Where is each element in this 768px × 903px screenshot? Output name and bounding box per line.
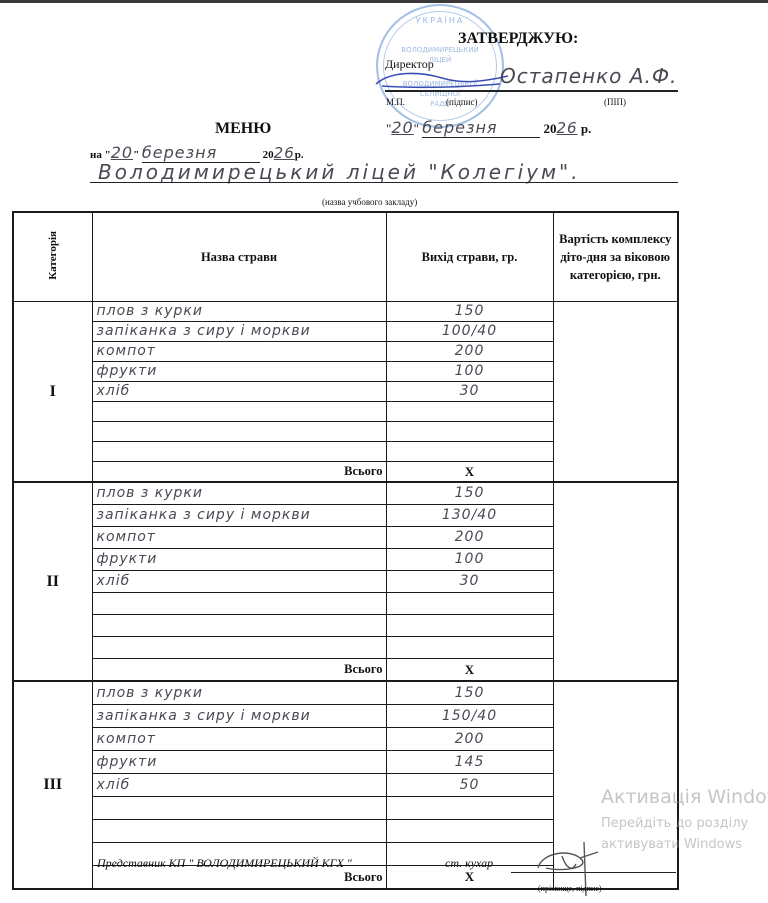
dish-name-cell <box>92 637 386 659</box>
school-name-line <box>90 182 678 183</box>
dish-output-cell: 200 <box>386 728 553 751</box>
dish-name-cell <box>92 422 386 442</box>
dish-name-cell: хліб <box>92 382 386 402</box>
dish-output-cell <box>386 820 553 843</box>
dish-output-cell: 50 <box>386 774 553 797</box>
dish-name-cell: фрукти <box>92 751 386 774</box>
dish-name-cell: компот <box>92 527 386 549</box>
activation-watermark-line1: Перейдіть до розділу <box>601 816 748 831</box>
dish-name-cell: плов з курки <box>92 302 386 322</box>
dish-name-cell <box>92 593 386 615</box>
approval-date-month: березня <box>422 118 540 138</box>
director-name-handwritten: Остапенко А.Ф. <box>500 64 677 88</box>
total-output: X <box>386 659 553 682</box>
dish-output-cell: 100/40 <box>386 322 553 342</box>
dish-name-cell <box>92 402 386 422</box>
school-name-handwritten: Володимирецький ліцей "Колегіум". <box>98 160 581 184</box>
dish-name-cell: плов з курки <box>92 482 386 505</box>
dish-output-cell <box>386 637 553 659</box>
dish-output-cell: 150/40 <box>386 705 553 728</box>
dish-name-cell: компот <box>92 728 386 751</box>
dish-output-cell: 200 <box>386 342 553 362</box>
stamp-text-country: УКРАЇНА <box>378 16 502 25</box>
dish-name-cell: фрукти <box>92 362 386 382</box>
category-label: I <box>13 302 92 483</box>
window-top-edge <box>0 0 768 3</box>
dish-name-cell: запіканка з сиру і моркви <box>92 505 386 527</box>
dish-output-cell: 145 <box>386 751 553 774</box>
dish-name-cell <box>92 442 386 462</box>
approval-date: "20" березня 2026 р. <box>386 118 591 138</box>
dish-output-cell <box>386 402 553 422</box>
signature-caption: (підпис) <box>446 97 478 107</box>
cook-signature-caption: (прізвище, підпис) <box>538 884 601 893</box>
dish-output-cell <box>386 442 553 462</box>
menu-table: Категорія Назва страви Вихід страви, гр.… <box>12 211 679 890</box>
header-cost: Вартість комплексу діто-дня за віковою к… <box>553 212 678 302</box>
cook-role-label: ст. кухар <box>445 856 493 871</box>
stamp-place-label: М.П. <box>386 97 405 107</box>
category-cost-cell <box>553 482 678 681</box>
dish-name-cell: хліб <box>92 571 386 593</box>
header-dish-name: Назва страви <box>92 212 386 302</box>
dish-name-cell: фрукти <box>92 549 386 571</box>
table-row: Iплов з курки150 <box>13 302 678 322</box>
approval-date-day: 20 <box>391 118 413 137</box>
dish-name-cell: запіканка з сиру і моркви <box>92 705 386 728</box>
dish-output-cell: 100 <box>386 549 553 571</box>
activation-watermark-title: Активація Windows <box>601 786 768 808</box>
dish-output-cell <box>386 797 553 820</box>
total-output: X <box>386 462 553 483</box>
name-caption: (ПІП) <box>604 97 626 107</box>
dish-name-cell <box>92 820 386 843</box>
approval-heading: ЗАТВЕРДЖУЮ: <box>458 30 578 48</box>
dish-output-cell <box>386 615 553 637</box>
dish-output-cell: 30 <box>386 382 553 402</box>
activation-watermark-line2: активувати Windows <box>601 837 742 852</box>
total-label: Всього <box>92 659 386 682</box>
director-signature-icon <box>372 66 512 92</box>
dish-output-cell: 130/40 <box>386 505 553 527</box>
total-label: Всього <box>92 462 386 483</box>
category-label: III <box>13 681 92 889</box>
dish-name-cell: компот <box>92 342 386 362</box>
category-label: II <box>13 482 92 681</box>
menu-title: МЕНЮ <box>215 120 271 138</box>
dish-output-cell: 150 <box>386 482 553 505</box>
header-output: Вихід страви, гр. <box>386 212 553 302</box>
dish-output-cell: 100 <box>386 362 553 382</box>
school-name-caption: (назва учбового закладу) <box>322 197 417 207</box>
category-cost-cell <box>553 302 678 483</box>
director-signature-line <box>385 90 678 92</box>
table-row: IIIплов з курки150 <box>13 681 678 705</box>
representative-label: Представник КП " ВОЛОДИМИРЕЦЬКИЙ КГХ " <box>97 856 352 871</box>
approval-date-year: 26 <box>556 119 577 137</box>
dish-name-cell: хліб <box>92 774 386 797</box>
dish-output-cell: 200 <box>386 527 553 549</box>
header-category: Категорія <box>13 212 92 302</box>
dish-name-cell: плов з курки <box>92 681 386 705</box>
dish-name-cell <box>92 797 386 820</box>
dish-output-cell: 150 <box>386 681 553 705</box>
dish-output-cell <box>386 422 553 442</box>
dish-output-cell: 30 <box>386 571 553 593</box>
table-row: IIплов з курки150 <box>13 482 678 505</box>
dish-output-cell: 150 <box>386 302 553 322</box>
dish-output-cell <box>386 593 553 615</box>
dish-name-cell <box>92 615 386 637</box>
dish-name-cell: запіканка з сиру і моркви <box>92 322 386 342</box>
